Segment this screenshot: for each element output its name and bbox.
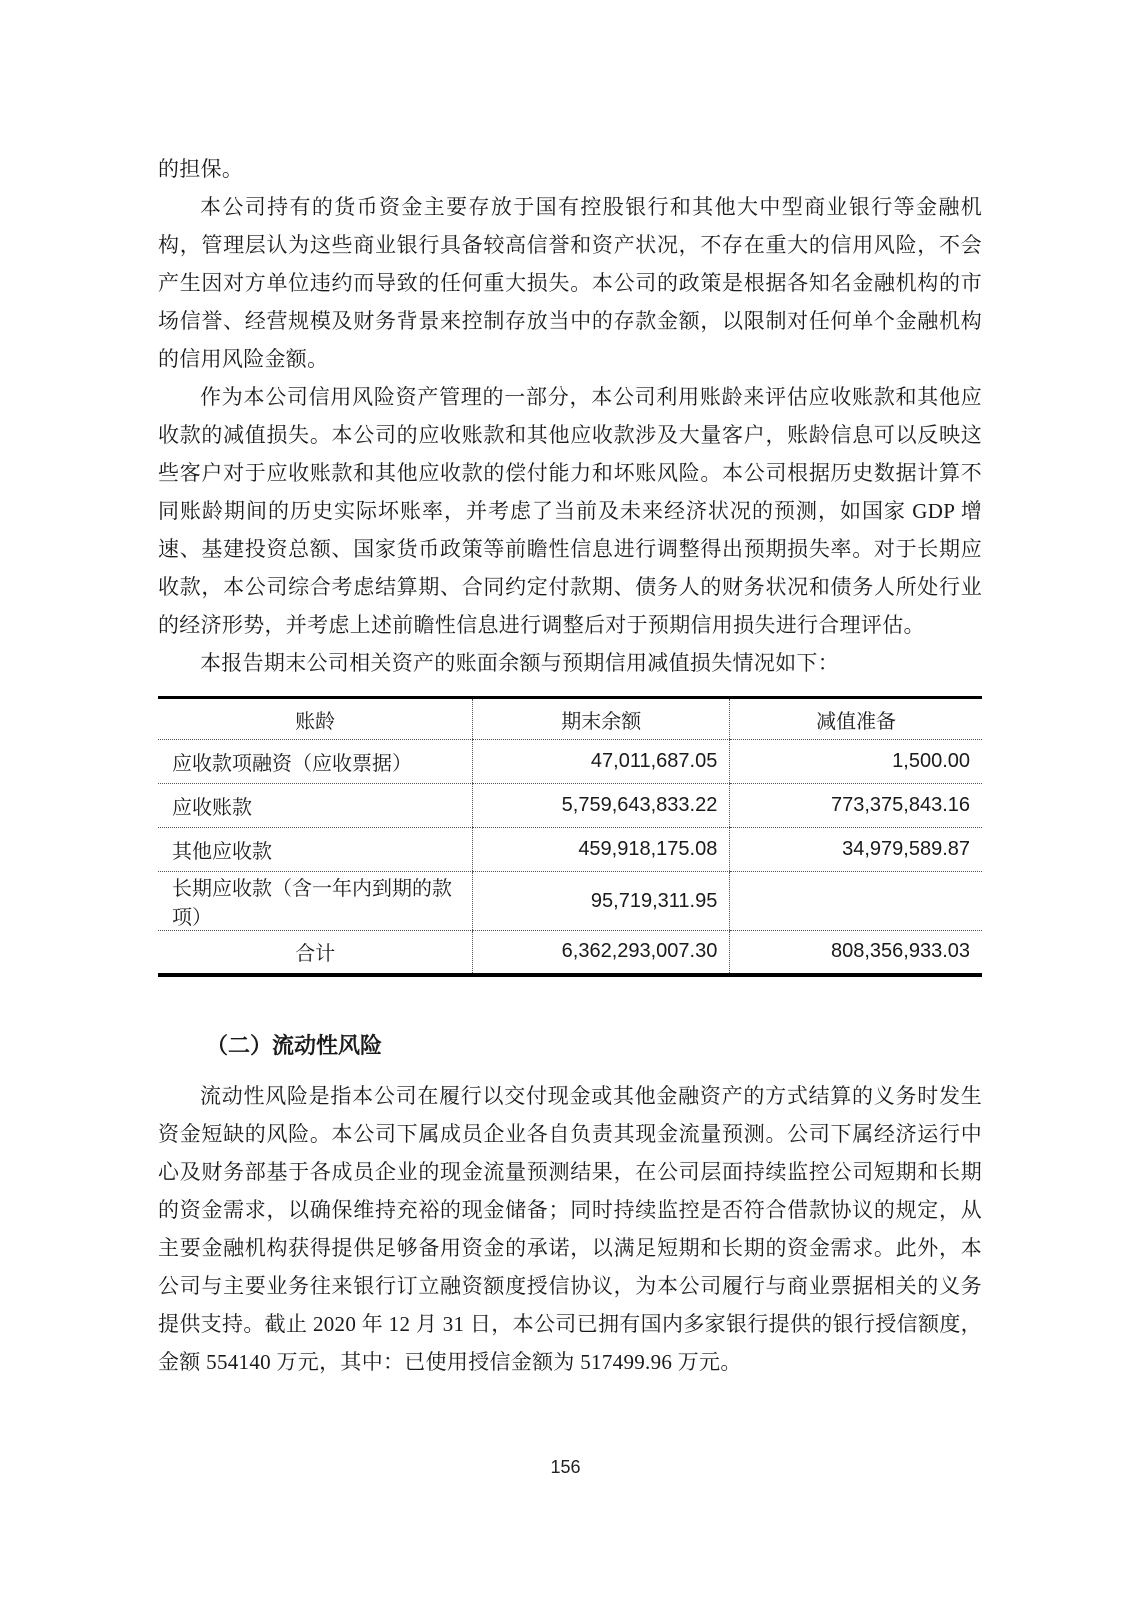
page-number: 156 <box>0 1457 1131 1478</box>
table-row-receivables-financing: 应收款项融资（应收票据） 47,011,687.05 1,500.00 <box>158 740 982 784</box>
document-page: 的担保。 本公司持有的货币资金主要存放于国有控股银行和其他大中型商业银行等金融机… <box>0 0 1131 1600</box>
aging-label-cell: 应收款项融资（应收票据） <box>158 740 473 784</box>
total-label-cell: 合计 <box>158 931 473 975</box>
ending-balance-header-cell: 期末余额 <box>473 698 730 740</box>
table-row-other-receivables: 其他应收款 459,918,175.08 34,979,589.87 <box>158 828 982 872</box>
aging-label-cell: 应收账款 <box>158 784 473 828</box>
paragraph-credit-aging: 作为本公司信用风险资产管理的一部分，本公司利用账龄来评估应收账款和其他应收款的减… <box>158 378 982 644</box>
ending-balance-cell: 47,011,687.05 <box>473 740 730 784</box>
table-intro-line: 本报告期末公司相关资产的账面余额与预期信用减值损失情况如下： <box>158 644 982 682</box>
impairment-cell: 773,375,843.16 <box>730 784 982 828</box>
table-header-row: 账龄 期末余额 减值准备 <box>158 698 982 740</box>
impairment-cell: 1,500.00 <box>730 740 982 784</box>
impairment-cell: 808,356,933.03 <box>730 931 982 975</box>
paragraph-liquidity-risk: 流动性风险是指本公司在履行以交付现金或其他金融资产的方式结算的义务时发生资金短缺… <box>158 1077 982 1381</box>
impairment-cell <box>730 872 982 931</box>
section-heading-liquidity-risk: （二）流动性风险 <box>158 1031 982 1061</box>
table-row-long-term-receivables: 长期应收款（含一年内到期的款项） 95,719,311.95 <box>158 872 982 931</box>
ending-balance-cell: 6,362,293,007.30 <box>473 931 730 975</box>
table-row-accounts-receivable: 应收账款 5,759,643,833.22 773,375,843.16 <box>158 784 982 828</box>
impairment-cell: 34,979,589.87 <box>730 828 982 872</box>
aging-header-cell: 账龄 <box>158 698 473 740</box>
table-row-total: 合计 6,362,293,007.30 808,356,933.03 <box>158 931 982 975</box>
impairment-header-cell: 减值准备 <box>730 698 982 740</box>
impairment-table: 账龄 期末余额 减值准备 应收款项融资（应收票据） 47,011,687.05 … <box>158 696 982 977</box>
ending-balance-cell: 5,759,643,833.22 <box>473 784 730 828</box>
paragraph-monetary-funds: 本公司持有的货币资金主要存放于国有控股银行和其他大中型商业银行等金融机构，管理层… <box>158 188 982 378</box>
aging-label-cell: 长期应收款（含一年内到期的款项） <box>158 872 473 931</box>
ending-balance-cell: 459,918,175.08 <box>473 828 730 872</box>
aging-label-cell: 其他应收款 <box>158 828 473 872</box>
paragraph-guarantee-tail: 的担保。 <box>158 150 982 188</box>
ending-balance-cell: 95,719,311.95 <box>473 872 730 931</box>
